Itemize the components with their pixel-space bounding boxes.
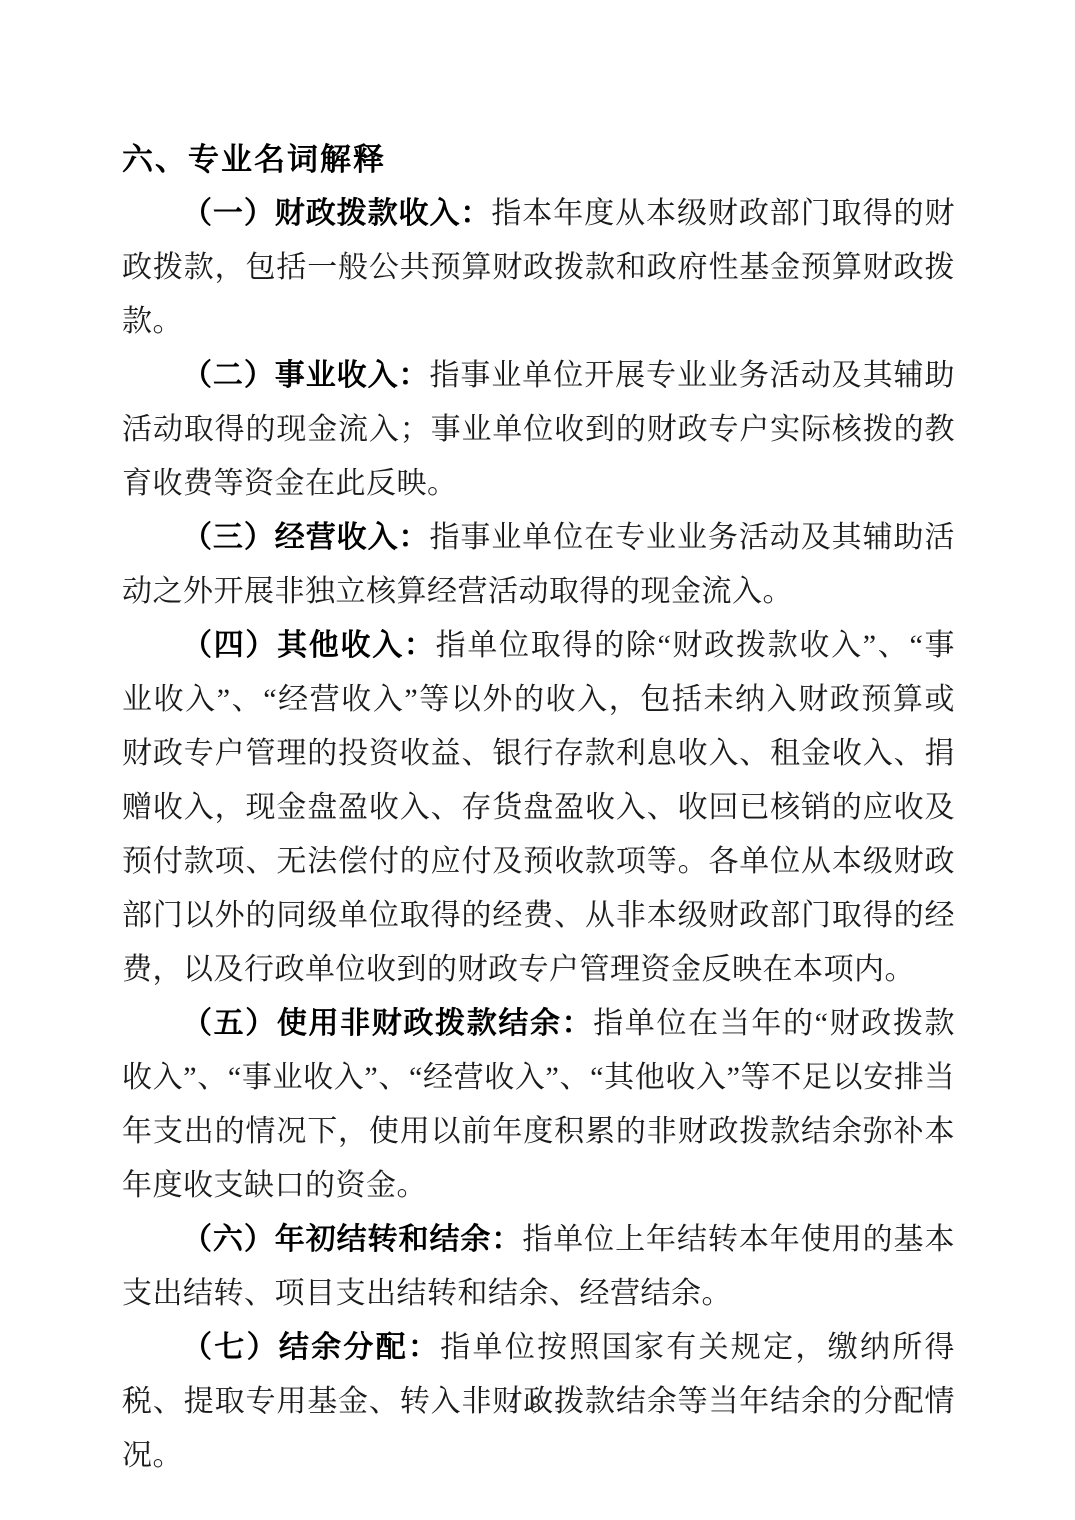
term-label: （三）经营收入： bbox=[182, 521, 430, 554]
term-paragraph-non-fiscal-balance-usage: （五）使用非财政拨款结余：指单位在当年的“财政拨款收入”、“事业收入”、“经营收… bbox=[122, 997, 955, 1213]
term-label: （二）事业收入： bbox=[182, 359, 430, 392]
term-definition: 指单位取得的除“财政拨款收入”、“事业收入”、“经营收入”等以外的收入，包括未纳… bbox=[122, 629, 955, 986]
document-page: 六、专业名词解释 （一）财政拨款收入：指本年度从本级财政部门取得的财政拨款，包括… bbox=[0, 0, 1075, 1520]
term-paragraph-business-income: （三）经营收入：指事业单位在专业业务活动及其辅助活动之外开展非独立核算经营活动取… bbox=[122, 511, 955, 619]
page-content: 六、专业名词解释 （一）财政拨款收入：指本年度从本级财政部门取得的财政拨款，包括… bbox=[122, 133, 955, 1483]
term-paragraph-operating-income: （二）事业收入：指事业单位开展专业业务活动及其辅助活动取得的现金流入；事业单位收… bbox=[122, 349, 955, 511]
section-heading: 六、专业名词解释 bbox=[122, 133, 955, 187]
term-paragraph-other-income: （四）其他收入：指单位取得的除“财政拨款收入”、“事业收入”、“经营收入”等以外… bbox=[122, 619, 955, 997]
term-label: （一）财政拨款收入： bbox=[182, 197, 491, 230]
term-label: （七）结余分配： bbox=[182, 1331, 440, 1364]
page-number: - 8 - bbox=[0, 1392, 1075, 1418]
term-paragraph-beginning-year-carryover: （六）年初结转和结余：指单位上年结转本年使用的基本支出结转、项目支出结转和结余、… bbox=[122, 1213, 955, 1321]
term-label: （六）年初结转和结余： bbox=[182, 1223, 522, 1256]
term-label: （四）其他收入： bbox=[182, 629, 436, 662]
term-paragraph-fiscal-appropriation-income: （一）财政拨款收入：指本年度从本级财政部门取得的财政拨款，包括一般公共预算财政拨… bbox=[122, 187, 955, 349]
term-label: （五）使用非财政拨款结余： bbox=[182, 1007, 593, 1040]
